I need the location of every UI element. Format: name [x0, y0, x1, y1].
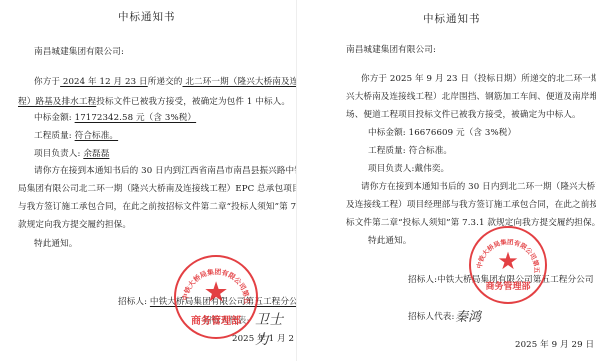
- quality: 工程质量: 符合标准。: [368, 146, 452, 157]
- document-title: 中标通知书: [423, 14, 481, 25]
- project-manager: 项目负责人: 余磊磊: [34, 149, 109, 160]
- company-seal: 中铁大桥局集团有限公司第五工程分公司 ★ 商务管理部: [469, 226, 547, 304]
- para1-line2: 程）路基及排水工程投标文件已被我方接受，被确定为包件 1 中标人。: [18, 97, 290, 108]
- award-amount-value: 17172342.58 元（含 3%税）: [75, 113, 196, 123]
- seal-dept: 商务管理部: [471, 279, 545, 292]
- closing: 特此通知。: [368, 236, 411, 247]
- signature: 秦鸿: [455, 306, 481, 325]
- quality: 工程质量: 符合标准。: [34, 131, 118, 142]
- addressee: 南昌城建集团有限公司:: [346, 45, 436, 56]
- star-icon: ★: [203, 276, 228, 309]
- award-amount: 中标金额: 16676609 元（含 3%税）: [368, 128, 516, 139]
- manager-value: 戴伟奕。: [414, 164, 449, 174]
- company-seal: 中铁大桥局集团有限公司第五工程分公司 ★ 商务管理部: [174, 255, 258, 339]
- seal-dept: 商务管理部: [176, 312, 256, 327]
- para2-line1: 请你方在接到本通知书后的 30 日内到北二环一期（隆兴大桥南: [361, 182, 596, 193]
- quality-value: 符合标准。: [75, 131, 118, 141]
- para1-line1: 你方于 2024 年 12 月 23 日所递交的 北二环一期（隆兴大桥南及连接线…: [34, 77, 324, 88]
- right-award-notice: 中标通知书 南昌城建集团有限公司: 你方于 2025 年 9 月 23 日（投标…: [296, 0, 596, 361]
- award-amount: 中标金额: 17172342.58 元（含 3%税）: [34, 113, 196, 124]
- star-icon: ★: [497, 247, 519, 275]
- para2-line4: 款规定向我方提交履约担保。: [18, 220, 131, 231]
- left-award-notice: 中标通知书 南昌城建集团有限公司: 你方于 2024 年 12 月 23 日所递…: [0, 0, 296, 361]
- para2-line2: 及连接线工程）项目经理部与我方签订施工承包合同，在此之前按招: [346, 200, 596, 211]
- project-manager: 项目负责人:戴伟奕。: [368, 164, 449, 175]
- para2-line1: 请你方在接到本通知书后的 30 日内到江西省南昌市南昌县振兴路中铁大桥: [34, 166, 320, 177]
- para1-line3: 场、便道工程项目投标文件已被我方接受，被确定为中标人。: [346, 110, 581, 121]
- quality-value: 符合标准。: [409, 146, 452, 156]
- para1-line1: 你方于 2025 年 9 月 23 日（投标日期）所递交的北二环一期（隆: [361, 74, 596, 85]
- sign-date: 2025 年 9 月 29 日: [515, 340, 594, 351]
- closing: 特此通知。: [34, 239, 77, 250]
- para2-line3: 与我方签订施工承包合同，在此之前按招标文件第二章“投标人须知”第 7.2: [18, 202, 305, 213]
- para1-line2: 兴大桥南及连接线工程）北岸围挡、钢筋加工车间、便道及南岸堆料: [346, 92, 596, 103]
- document-title: 中标通知书: [118, 12, 176, 23]
- rep-label: 招标人代表:: [408, 312, 454, 323]
- award-amount-value: 16676609 元（含 3%税）: [409, 128, 517, 138]
- addressee: 南昌城建集团有限公司:: [34, 47, 124, 58]
- para2-line2: 局集团有限公司北二环一期（隆兴大桥南及连接线工程）EPC 总承包项目经理部: [18, 184, 327, 195]
- manager-value: 余磊磊: [83, 149, 109, 159]
